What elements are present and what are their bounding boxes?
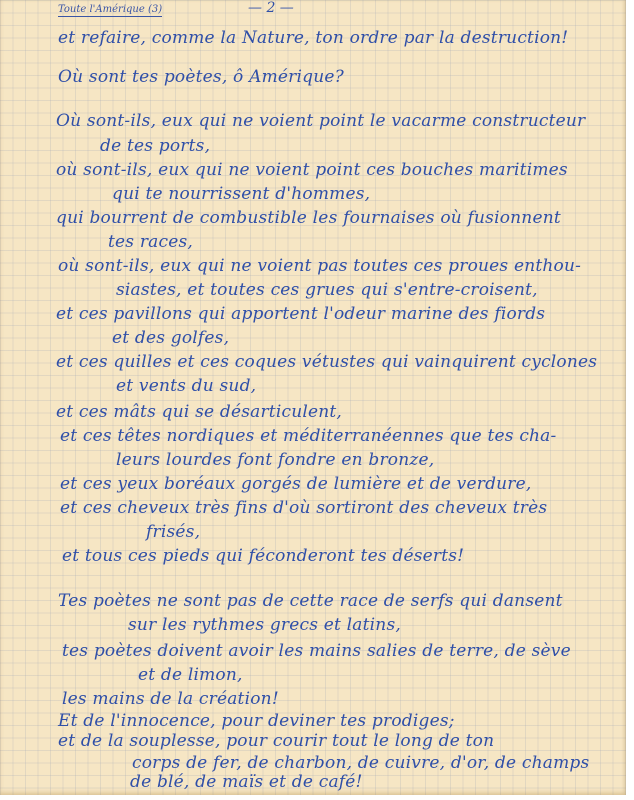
manuscript-line: et tous ces pieds qui féconderont tes dé…: [62, 546, 464, 566]
manuscript-line: et des golfes,: [112, 328, 229, 348]
manuscript-line: sur les rythmes grecs et latins,: [128, 615, 401, 635]
manuscript-line: et ces pavillons qui apportent l'odeur m…: [56, 304, 545, 324]
manuscript-line: qui bourrent de combustible les fournais…: [56, 208, 561, 228]
page-number: — 2 —: [248, 0, 294, 16]
manuscript-line: qui te nourrissent d'hommes,: [112, 184, 370, 204]
manuscript-line: Où sont-ils, eux qui ne voient point le …: [56, 111, 585, 131]
manuscript-line: et refaire, comme la Nature, ton ordre p…: [58, 28, 568, 48]
manuscript-line: de tes ports,: [100, 136, 210, 156]
manuscript-line: et de la souplesse, pour courir tout le …: [58, 731, 494, 751]
manuscript-line: où sont-ils, eux qui ne voient point ces…: [56, 160, 568, 180]
manuscript-line: et ces têtes nordiques et méditerranéenn…: [60, 426, 556, 446]
manuscript-line: et ces yeux boréaux gorgés de lumière et…: [60, 474, 532, 494]
manuscript-line: de blé, de maïs et de café!: [130, 772, 363, 792]
manuscript-line: Et de l'innocence, pour deviner tes prod…: [58, 711, 455, 731]
manuscript-line: et ces quilles et ces coques vétustes qu…: [56, 352, 597, 372]
manuscript-line: et ces cheveux très fins d'où sortiront …: [60, 498, 547, 518]
manuscript-line: où sont-ils, eux qui ne voient pas toute…: [58, 256, 581, 276]
manuscript-line: siastes, et toutes ces grues qui s'entre…: [116, 280, 538, 300]
manuscript-line: et ces mâts qui se désarticulent,: [56, 402, 342, 422]
manuscript-line: corps de fer, de charbon, de cuivre, d'o…: [132, 753, 589, 773]
manuscript-line: frisés,: [146, 522, 200, 542]
manuscript-line: tes races,: [108, 232, 193, 252]
manuscript-page: Toute l'Amérique (3) — 2 — et refaire, c…: [0, 0, 626, 795]
manuscript-line: leurs lourdes font fondre en bronze,: [116, 450, 434, 470]
manuscript-line: et de limon,: [138, 665, 243, 685]
manuscript-line: tes poètes doivent avoir les mains salie…: [62, 641, 571, 661]
header-title: Toute l'Amérique (3): [58, 4, 162, 17]
manuscript-line: Tes poètes ne sont pas de cette race de …: [58, 591, 563, 611]
manuscript-line: Où sont tes poètes, ô Amérique?: [58, 67, 344, 87]
manuscript-line: les mains de la création!: [62, 689, 279, 709]
manuscript-line: et vents du sud,: [116, 376, 256, 396]
